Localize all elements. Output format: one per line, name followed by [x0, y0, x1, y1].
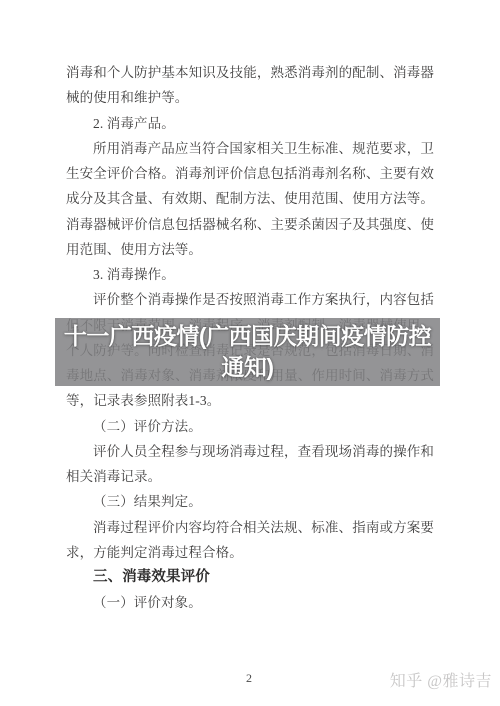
text-line: 求，方能判定消毒过程合格。 — [66, 540, 434, 565]
text-line: 消毒器械评价信息包括器械名称、主要杀菌因子及其强度、使 — [66, 212, 434, 237]
text-line: 三、消毒效果评价 — [66, 565, 434, 590]
overlay-title-line-1: 十一广西疫情(广西国庆期间疫情防控 — [64, 321, 431, 352]
text-line: 评价整个消毒操作是否按照消毒工作方案执行，内容包括 — [66, 287, 434, 312]
document-page: 消毒和个人防护基本知识及技能，熟悉消毒剂的配制、消毒器械的使用和维护等。2. 消… — [0, 0, 500, 706]
text-line: 所用消毒产品应当符合国家相关卫生标准、规范要求，卫 — [66, 136, 434, 161]
text-line: 用范围、使用方法等。 — [66, 237, 434, 262]
text-line: 消毒过程评价内容均符合相关法规、标准、指南或方案要 — [66, 515, 434, 540]
text-line: （一）评价对象。 — [66, 590, 434, 615]
text-line: 相关消毒记录。 — [66, 464, 434, 489]
text-line: 成分及其含量、有效期、配制方法、使用范围、使用方法等。 — [66, 186, 434, 211]
title-overlay: 十一广西疫情(广西国庆期间疫情防控 通知) — [55, 318, 440, 386]
watermark: 知乎 @雅诗吉 — [390, 671, 492, 693]
text-line: 2. 消毒产品。 — [66, 111, 434, 136]
text-line: 生安全评价合格。消毒剂评价信息包括消毒剂名称、主要有效 — [66, 161, 434, 186]
page-number: 2 — [240, 671, 258, 686]
text-line: （二）评价方法。 — [66, 414, 434, 439]
text-line: （三）结果判定。 — [66, 489, 434, 514]
text-line: 3. 消毒操作。 — [66, 262, 434, 287]
text-line: 等，记录表参照附表1-3。 — [66, 388, 434, 413]
text-line: 消毒和个人防护基本知识及技能，熟悉消毒剂的配制、消毒器 — [66, 60, 434, 85]
overlay-title-line-2: 通知) — [221, 352, 273, 383]
text-line: 械的使用和维护等。 — [66, 85, 434, 110]
text-line: 评价人员全程参与现场消毒过程，查看现场消毒的操作和 — [66, 439, 434, 464]
